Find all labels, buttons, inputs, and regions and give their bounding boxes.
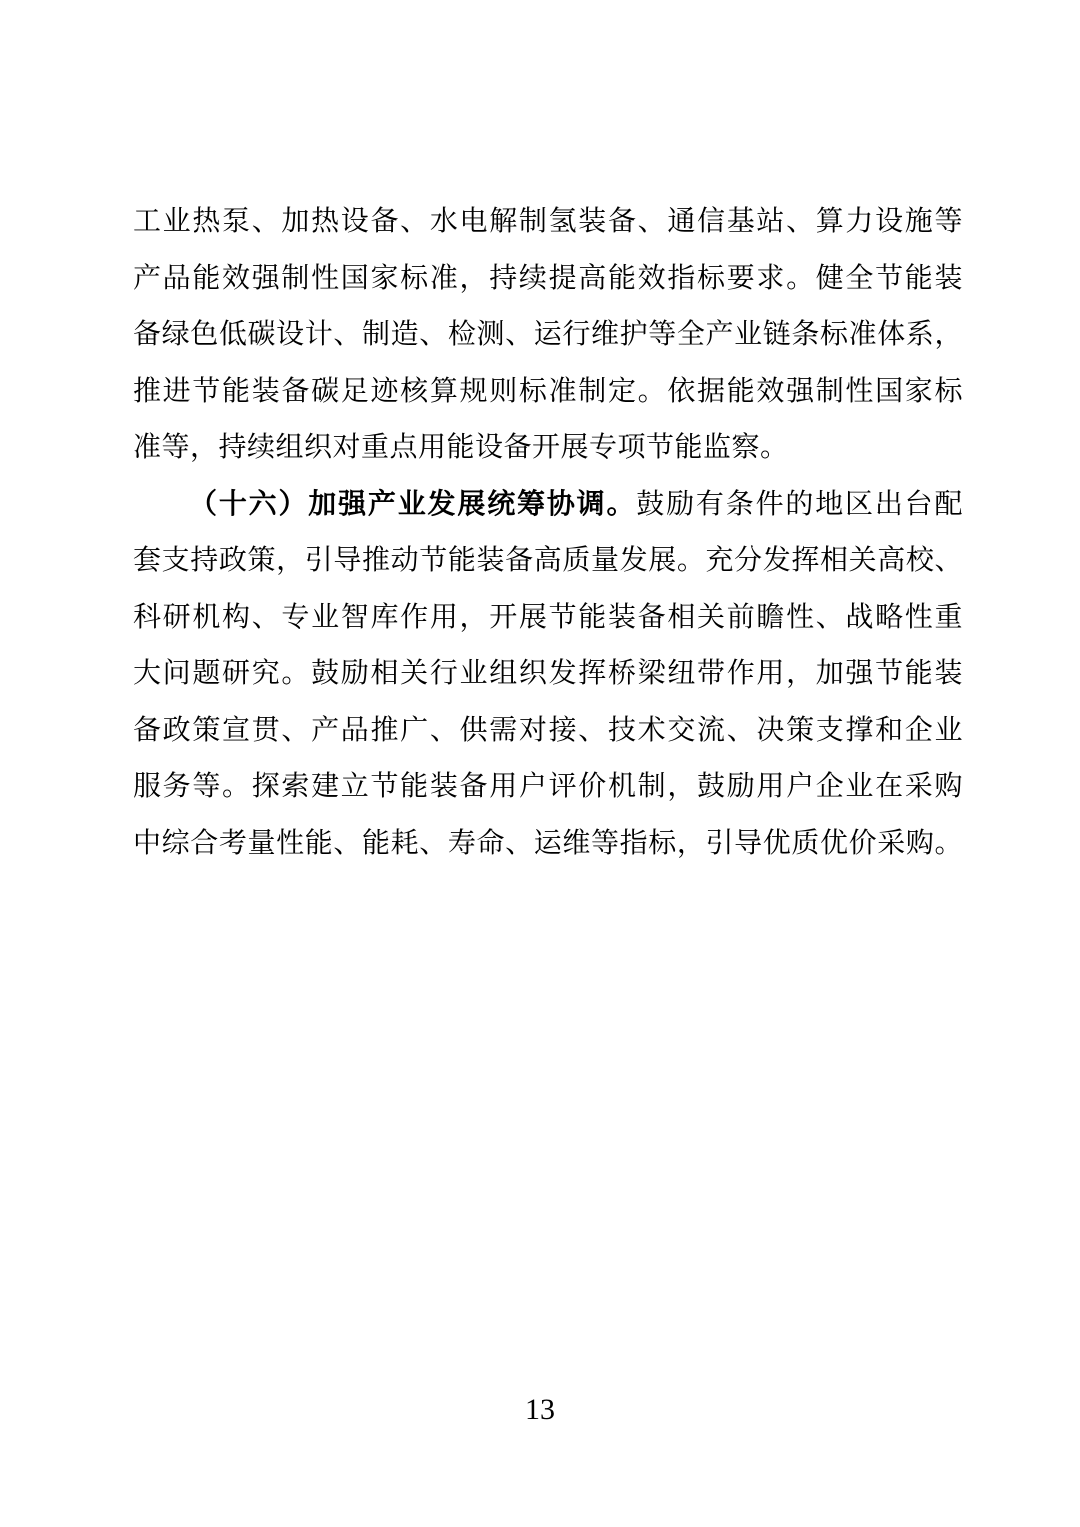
text-line: 产品能效强制性国家标准，持续提高能效指标要求。健全节能装 — [133, 251, 963, 308]
text-line: 中综合考量性能、能耗、寿命、运维等指标，引导优质优价采购。 — [133, 816, 963, 873]
text-line: 科研机构、专业智库作用，开展节能装备相关前瞻性、战略性重 — [133, 590, 963, 647]
text-line: 备政策宣贯、产品推广、供需对接、技术交流、决策支撑和企业 — [133, 703, 963, 760]
text-line: 大问题研究。鼓励相关行业组织发挥桥梁纽带作用，加强节能装 — [133, 646, 963, 703]
text-line: 服务等。探索建立节能装备用户评价机制，鼓励用户企业在采购 — [133, 759, 963, 816]
text-line: 推进节能装备碳足迹核算规则标准制定。依据能效强制性国家标 — [133, 364, 963, 421]
page-number: 13 — [0, 1392, 1080, 1428]
body-text: 工业热泵、加热设备、水电解制氢装备、通信基站、算力设施等 产品能效强制性国家标准… — [133, 194, 963, 872]
text-line: 备绿色低碳设计、制造、检测、运行维护等全产业链条标准体系， — [133, 307, 963, 364]
section-16-heading: （十六）加强产业发展统筹协调。 — [189, 489, 636, 520]
document-page: 工业热泵、加热设备、水电解制氢装备、通信基站、算力设施等 产品能效强制性国家标准… — [0, 0, 1080, 1527]
text-line: 套支持政策，引导推动节能装备高质量发展。充分发挥相关高校、 — [133, 533, 963, 590]
text-line: 工业热泵、加热设备、水电解制氢装备、通信基站、算力设施等 — [133, 194, 963, 251]
section-16-heading-rest: 鼓励有条件的地区出台配 — [636, 489, 963, 520]
text-line: 准等，持续组织对重点用能设备开展专项节能监察。 — [133, 420, 963, 477]
text-line: （十六）加强产业发展统筹协调。鼓励有条件的地区出台配 — [133, 477, 963, 534]
